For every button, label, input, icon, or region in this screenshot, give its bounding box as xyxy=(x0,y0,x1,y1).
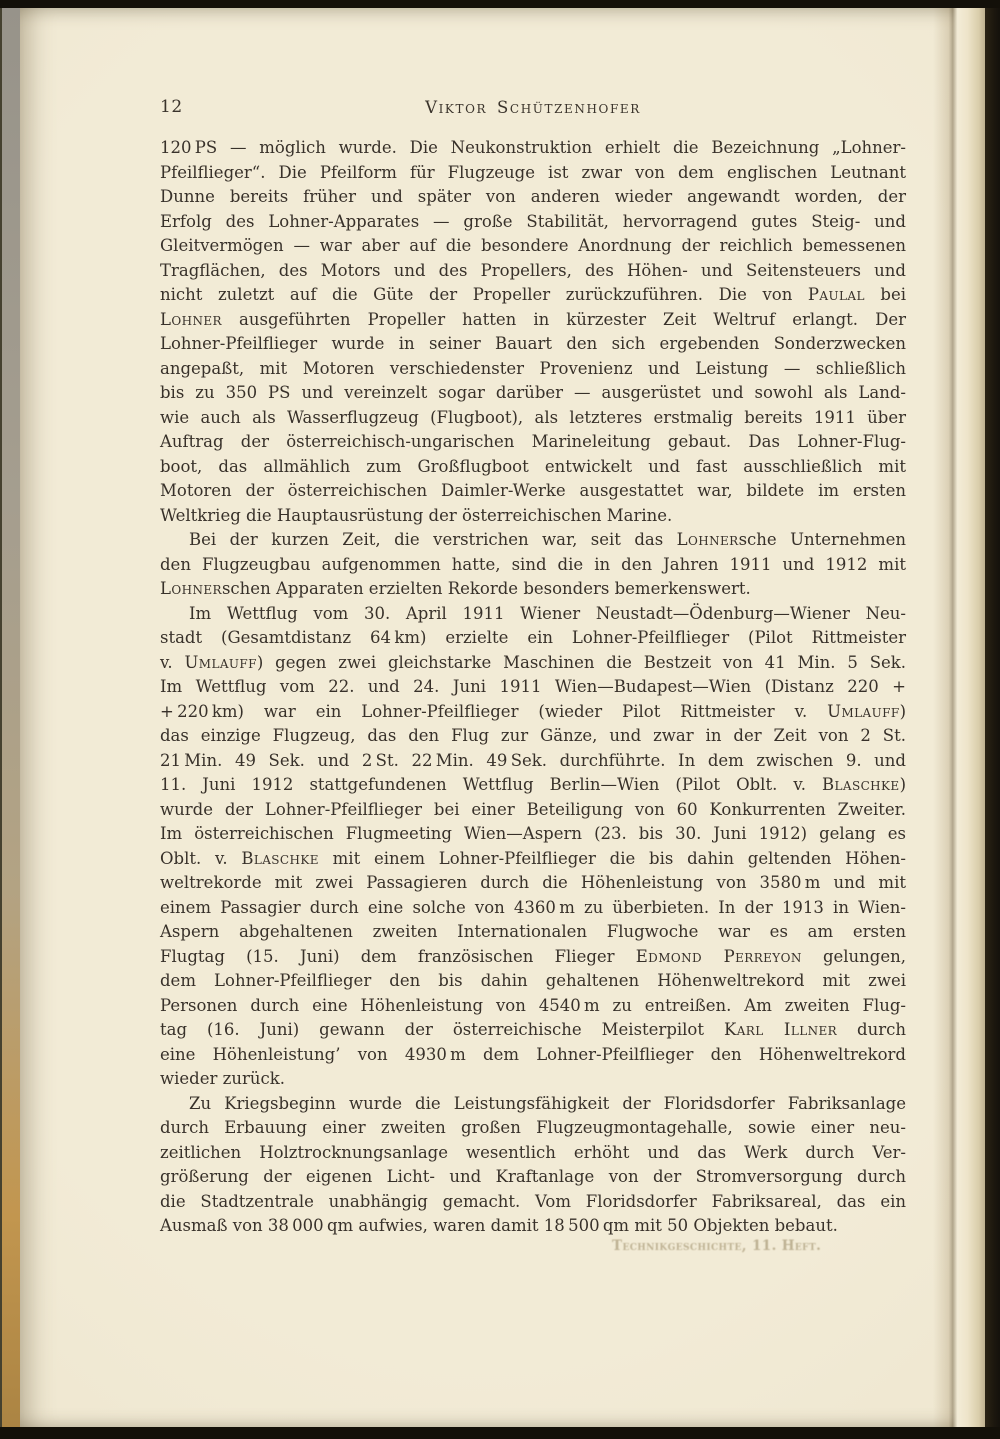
small-caps-name: Blaschke xyxy=(822,775,900,794)
text-line: Bei der kurzen Zeit, die verstrichen war… xyxy=(160,528,906,553)
text-line: 11. Juni 1912 stattgefundenen Wettflug B… xyxy=(160,773,906,798)
text-line: angepaßt, mit Motoren verschiedenster Pr… xyxy=(160,357,906,382)
text-line: Weltkrieg die Hauptausrüstung der österr… xyxy=(160,504,906,529)
text-line: wurde der Lohner-Pfeilflieger bei einer … xyxy=(160,798,906,823)
text-line: nicht zuletzt auf die Güte der Propeller… xyxy=(160,283,906,308)
text-line: Lohnerschen Apparaten erzielten Rekorde … xyxy=(160,577,906,602)
text-line: Tragflächen, des Motors und des Propelle… xyxy=(160,259,906,284)
text-line: Zu Kriegsbeginn wurde die Leistungsfähig… xyxy=(160,1092,906,1117)
small-caps-name: Edmond Perreyon xyxy=(636,947,802,966)
text-line: einem Passagier durch eine solche von 43… xyxy=(160,896,906,921)
small-caps-name: Paulal xyxy=(808,285,865,304)
show-through-text: Technikgeschichte, 11. Heft. xyxy=(612,1238,821,1254)
text-line: dem Lohner-Pfeilflieger den bis dahin ge… xyxy=(160,969,906,994)
scan-border-right xyxy=(985,0,1000,1439)
text-line: Erfolg des Lohner-Apparates — große Stab… xyxy=(160,210,906,235)
text-line: Auftrag der österreichisch-ungarischen M… xyxy=(160,430,906,455)
text-line: tag (16. Juni) gewann der österreichisch… xyxy=(160,1018,906,1043)
text-line: das einzige Flugzeug, das den Flug zur G… xyxy=(160,724,906,749)
text-line: boot, das allmählich zum Großflugboot en… xyxy=(160,455,906,480)
page-curl-edge xyxy=(933,8,985,1427)
scan-border-bottom xyxy=(0,1427,1000,1439)
text-line: Pfeilflieger“. Die Pfeilform für Flugzeu… xyxy=(160,161,906,186)
scan-border-top xyxy=(0,0,1000,8)
text-line: Personen durch eine Höhenleistung von 45… xyxy=(160,994,906,1019)
text-line: + 220 km) war ein Lohner-Pfeilflieger (w… xyxy=(160,700,906,725)
text-line: größerung der eigenen Licht- und Kraftan… xyxy=(160,1165,906,1190)
small-caps-name: Lohner xyxy=(160,579,222,598)
small-caps-name: Umlauff xyxy=(184,653,256,672)
text-line: Im Wettflug vom 22. und 24. Juni 1911 Wi… xyxy=(160,675,906,700)
text-line: Gleitvermögen — war aber auf die besonde… xyxy=(160,234,906,259)
text-line: Motoren der österreichischen Daimler-Wer… xyxy=(160,479,906,504)
text-line: Dunne bereits früher und später von ande… xyxy=(160,185,906,210)
text-line: eine Höhenleistung’ von 4930 m dem Lohne… xyxy=(160,1043,906,1068)
text-line: Ausmaß von 38 000 qm aufwies, waren dami… xyxy=(160,1214,906,1239)
text-line: Flugtag (15. Juni) dem französischen Fli… xyxy=(160,945,906,970)
small-caps-name: Karl Illner xyxy=(724,1020,837,1039)
text-line: weltrekorde mit zwei Passagieren durch d… xyxy=(160,871,906,896)
small-caps-name: Lohner xyxy=(677,530,739,549)
text-line: Aspern abgehaltenen zweiten Internationa… xyxy=(160,920,906,945)
small-caps-name: Umlauff xyxy=(827,702,899,721)
text-line: die Stadtzentrale unabhängig gemacht. Vo… xyxy=(160,1190,906,1215)
text-line: wie auch als Wasserflugzeug (Flugboot), … xyxy=(160,406,906,431)
text-line: 21 Min. 49 Sek. und 2 St. 22 Min. 49 Sek… xyxy=(160,749,906,774)
running-header: 12 Viktor Schützenhofer xyxy=(160,97,906,119)
text-line: Oblt. v. Blaschke mit einem Lohner-Pfeil… xyxy=(160,847,906,872)
text-line: Im Wettflug vom 30. April 1911 Wiener Ne… xyxy=(160,602,906,627)
text-line: Lohner ausgeführten Propeller hatten in … xyxy=(160,308,906,333)
text-line: zeitlichen Holztrocknungsanlage wesentli… xyxy=(160,1141,906,1166)
body-text: 120 PS — möglich wurde. Die Neukonstrukt… xyxy=(160,136,906,1239)
scanned-book-page: 12 Viktor Schützenhofer 120 PS — möglich… xyxy=(0,0,1000,1439)
text-line: stadt (Gesamtdistanz 64 km) erzielte ein… xyxy=(160,626,906,651)
running-title: Viktor Schützenhofer xyxy=(160,98,906,117)
text-line: v. Umlauff) gegen zwei gleichstarke Masc… xyxy=(160,651,906,676)
text-line: Im österreichischen Flugmeeting Wien—Asp… xyxy=(160,822,906,847)
text-line: 120 PS — möglich wurde. Die Neukonstrukt… xyxy=(160,136,906,161)
text-line: wieder zurück. xyxy=(160,1067,906,1092)
text-line: bis zu 350 PS und vereinzelt sogar darüb… xyxy=(160,381,906,406)
book-spine-edge xyxy=(0,6,20,1429)
text-line: den Flugzeugbau aufgenommen hatte, sind … xyxy=(160,553,906,578)
small-caps-name: Lohner xyxy=(160,310,222,329)
small-caps-name: Blaschke xyxy=(241,849,319,868)
text-line: durch Erbauung einer zweiten großen Flug… xyxy=(160,1116,906,1141)
text-line: Lohner-Pfeilflieger wurde in seiner Baua… xyxy=(160,332,906,357)
